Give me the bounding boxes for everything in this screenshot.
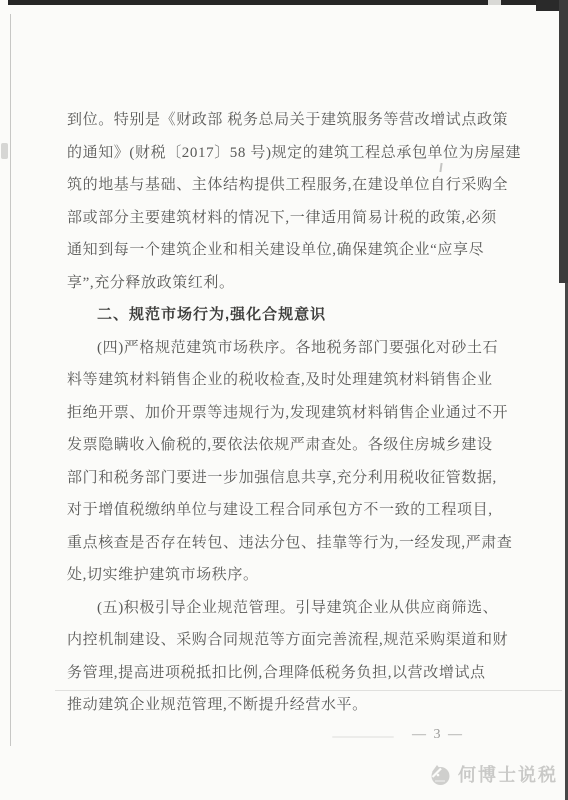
watermark-logo-icon <box>427 762 452 787</box>
scanned-document-page: 到位。特别是《财政部 税务总局关于建筑服务等营改增试点政策的通知》(财税〔201… <box>0 0 568 800</box>
text-line: 到位。特别是《财政部 税务总局关于建筑服务等营改增试点政策 <box>67 104 509 137</box>
text-line: 处,切实维护建筑市场秩序。 <box>67 559 509 592</box>
text-line: 务管理,提高进项税抵扣比例,合理降低税务负担,以营改增试点 <box>67 657 509 690</box>
text-line: 推动建筑企业规范管理,不断提升经营水平。 <box>67 689 509 722</box>
document-text-block: 到位。特别是《财政部 税务总局关于建筑服务等营改增试点政策的通知》(财税〔201… <box>67 104 509 722</box>
page-number: — 3 — <box>412 727 464 743</box>
scan-edge-left-line <box>10 14 11 746</box>
text-line: 部门和税务部门要进一步加强信息共享,充分利用税收征管数据, <box>67 462 509 495</box>
scan-edge-top-gap <box>488 0 501 5</box>
text-line: 内控机制建设、采购合同规范等方面完善流程,规范采购渠道和财 <box>67 624 509 657</box>
scan-speck <box>1 143 8 159</box>
scan-smudge <box>332 736 394 738</box>
text-line: 通知到每一个建筑企业和相关建设单位,确保建筑企业“应享尽 <box>67 234 509 267</box>
text-line: 料等建筑材料销售企业的税收检查,及时处理建筑材料销售企业 <box>67 364 509 397</box>
text-line: 对于增值税缴纳单位与建设工程合同承包方不一致的工程项目, <box>67 494 509 527</box>
text-line: 拒绝开票、加价开票等违规行为,发现建筑材料销售企业通过不开 <box>67 397 509 430</box>
scan-edge-top-bar <box>8 0 568 5</box>
text-line: (四)严格规范建筑市场秩序。各地税务部门要强化对砂土石 <box>67 332 509 365</box>
text-line: 部或部分主要建筑材料的情况下,一律适用简易计税的政策,必须 <box>67 202 509 235</box>
text-line: 筑的地基与基础、主体结构提供工程服务,在建设单位自行采购全 <box>67 169 509 202</box>
text-line: 发票隐瞒收入偷税的,要依法依规严肃查处。各级住房城乡建设 <box>67 429 509 462</box>
text-line: 重点核查是否存在转包、违法分包、挂靠等行为,一经发现,严肃查 <box>67 527 509 560</box>
watermark: 何博士说税 <box>427 761 558 787</box>
text-line: 的通知》(财税〔2017〕58 号)规定的建筑工程总承包单位为房屋建 <box>67 137 509 170</box>
scan-edge-right-band <box>559 0 568 283</box>
section-heading-line: 二、规范市场行为,强化合规意识 <box>67 299 509 332</box>
watermark-text: 何博士说税 <box>458 761 558 787</box>
text-line: (五)积极引导企业规范管理。引导建筑企业从供应商筛选、 <box>67 592 509 625</box>
text-line: 享”,充分释放政策红利。 <box>67 267 509 300</box>
